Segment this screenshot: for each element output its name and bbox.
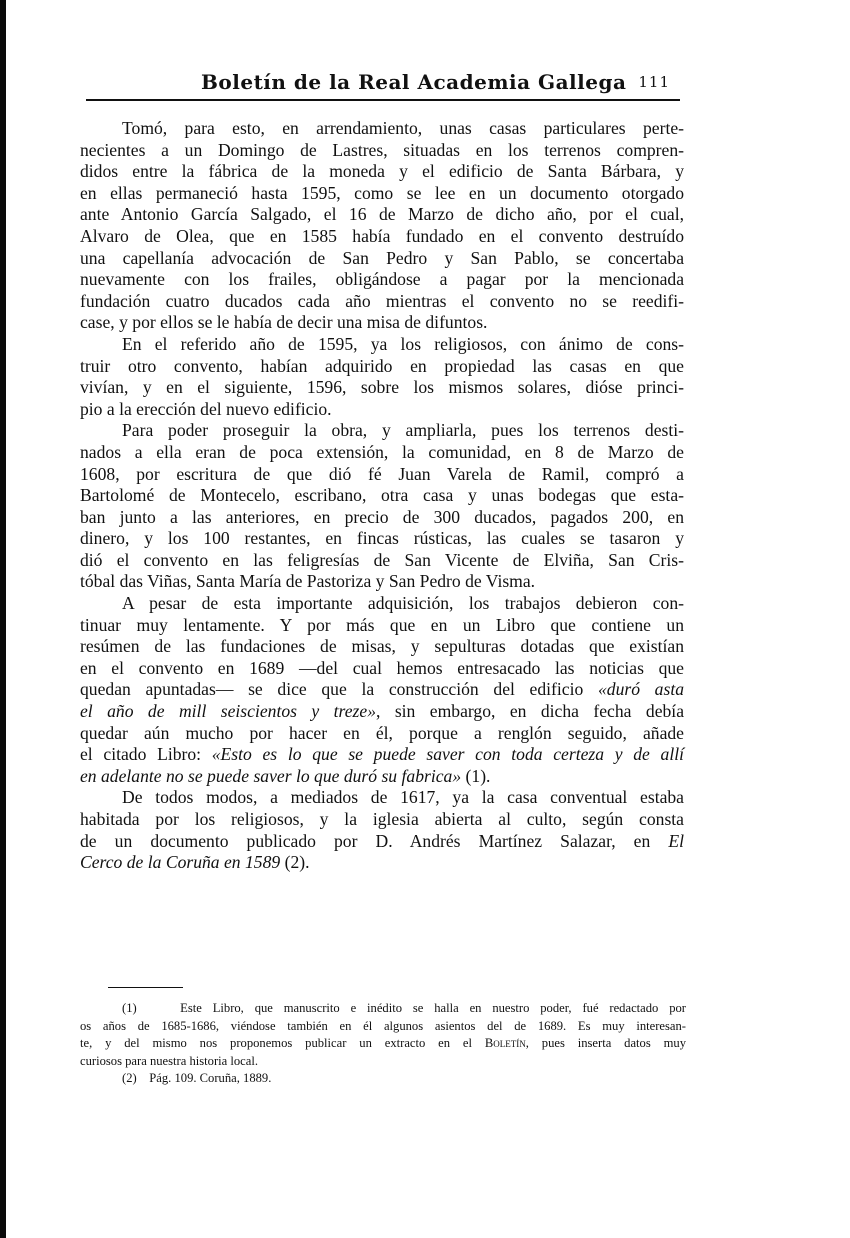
text-run: el citado Libro: bbox=[80, 744, 212, 764]
text-run: te, y del mismo nos proponemos publicar … bbox=[80, 1036, 485, 1050]
book-title-italic: El bbox=[668, 831, 684, 851]
journal-title: Boletín de la Real Academia Gallega bbox=[201, 70, 626, 94]
footnote-2: (2) Pág. 109. Coruña, 1889. bbox=[80, 1070, 686, 1088]
paragraph-5: De todos modos, a mediados de 1617, ya l… bbox=[80, 787, 684, 873]
text-run: quedan apuntadas— se dice que la constru… bbox=[80, 679, 598, 699]
text-line: didos entre la fábrica de la moneda y el… bbox=[80, 161, 684, 183]
text-line: tinuar muy lentamente. Y por más que en … bbox=[80, 615, 684, 637]
footnote-1: (1) Este Libro, que manuscrito e inédito… bbox=[80, 1000, 686, 1070]
paragraph-1: Tomó, para esto, en arrendamiento, unas … bbox=[80, 118, 684, 334]
text-line: 1608, por escritura de que dió fé Juan V… bbox=[80, 464, 684, 486]
text-line: de un documento publicado por D. Andrés … bbox=[80, 831, 684, 853]
paragraph-4: A pesar de esta importante adquisición, … bbox=[80, 593, 684, 787]
text-line: en ellas permaneció hasta 1595, como se … bbox=[80, 183, 684, 205]
text-line: fundación cuatro ducados cada año mientr… bbox=[80, 291, 684, 313]
text-line: De todos modos, a mediados de 1617, ya l… bbox=[80, 787, 684, 809]
paragraph-3: Para poder proseguir la obra, y ampliarl… bbox=[80, 420, 684, 593]
text-line: case, y por ellos se le había de decir u… bbox=[80, 312, 684, 334]
footnote-marker: (1) bbox=[122, 1001, 137, 1015]
text-line: habitada por los religiosos, y la iglesi… bbox=[80, 809, 684, 831]
body-text: Tomó, para esto, en arrendamiento, unas … bbox=[80, 118, 684, 874]
text-line: el citado Libro: «Esto es lo que se pued… bbox=[80, 744, 684, 766]
text-line: en el convento en 1689 —del cual hemos e… bbox=[80, 658, 684, 680]
text-line: os años de 1685-1686, viéndose también e… bbox=[80, 1018, 686, 1036]
text-line: en adelante no se puede saver lo que dur… bbox=[80, 766, 684, 788]
text-line: (1) Este Libro, que manuscrito e inédito… bbox=[80, 1000, 686, 1018]
text-line: curiosos para nuestra historia local. bbox=[80, 1053, 686, 1071]
quotation-italic: el año de mill seiscientos y treze» bbox=[80, 701, 376, 721]
quotation-italic: en adelante no se puede saver lo que dur… bbox=[80, 766, 461, 786]
footnote-ref-1: (1). bbox=[461, 766, 490, 786]
text-line: te, y del mismo nos proponemos publicar … bbox=[80, 1035, 686, 1053]
text-line: una capellanía advocación de San Pedro y… bbox=[80, 248, 684, 270]
text-run: Este Libro, que manuscrito e inédito se … bbox=[180, 1001, 686, 1015]
text-line: Alvaro de Olea, que en 1585 había fundad… bbox=[80, 226, 684, 248]
text-line: quedar aún mucho por hacer en él, porque… bbox=[80, 723, 684, 745]
journal-name-smallcaps: Boletín bbox=[485, 1036, 526, 1050]
footnote-marker: (2) bbox=[122, 1071, 137, 1085]
text-line: dinero, y los 100 restantes, en fincas r… bbox=[80, 528, 684, 550]
text-line: A pesar de esta importante adquisición, … bbox=[80, 593, 684, 615]
footnote-ref-2: (2). bbox=[280, 852, 309, 872]
footnote-separator bbox=[108, 987, 183, 988]
text-line: En el referido año de 1595, ya los relig… bbox=[80, 334, 684, 356]
text-line: resúmen de las fundaciones de misas, y s… bbox=[80, 636, 684, 658]
text-line: truir otro convento, habían adquirido en… bbox=[80, 356, 684, 378]
text-line: vivían, y en el siguiente, 1596, sobre l… bbox=[80, 377, 684, 399]
text-line: nuevamente con los frailes, obligándose … bbox=[80, 269, 684, 291]
text-line: dió el convento en las feligresías de Sa… bbox=[80, 550, 684, 572]
text-line: el año de mill seiscientos y treze», sin… bbox=[80, 701, 684, 723]
text-run: Pág. 109. Coruña, 1889. bbox=[149, 1071, 271, 1085]
text-line: Tomó, para esto, en arrendamiento, unas … bbox=[80, 118, 684, 140]
quotation-italic: «Esto es lo que se puede saver con toda … bbox=[212, 744, 684, 764]
text-line: tóbal das Viñas, Santa María de Pastoriz… bbox=[80, 571, 684, 593]
paragraph-2: En el referido año de 1595, ya los relig… bbox=[80, 334, 684, 420]
text-line: pio a la erección del nuevo edificio. bbox=[80, 399, 684, 421]
book-title-italic: Cerco de la Coruña en 1589 bbox=[80, 852, 280, 872]
text-run: , sin embargo, en dicha fecha debía bbox=[376, 701, 684, 721]
text-run: de un documento publicado por D. Andrés … bbox=[80, 831, 668, 851]
running-header: Boletín de la Real Academia Gallega 111 bbox=[86, 70, 680, 96]
quotation-italic: «duró asta bbox=[598, 679, 684, 699]
text-line: nados a ella eran de poca extensión, la … bbox=[80, 442, 684, 464]
text-line: (2) Pág. 109. Coruña, 1889. bbox=[80, 1070, 686, 1088]
text-line: Cerco de la Coruña en 1589 (2). bbox=[80, 852, 684, 874]
scan-edge-shadow bbox=[0, 0, 6, 1238]
page-number: 111 bbox=[638, 73, 670, 91]
text-run: , pues inserta datos muy bbox=[526, 1036, 686, 1050]
text-line: necientes a un Domingo de Lastres, situa… bbox=[80, 140, 684, 162]
text-line: Bartolomé de Montecelo, escribano, otra … bbox=[80, 485, 684, 507]
header-rule bbox=[86, 99, 680, 101]
text-line: Para poder proseguir la obra, y ampliarl… bbox=[80, 420, 684, 442]
text-line: ante Antonio García Salgado, el 16 de Ma… bbox=[80, 204, 684, 226]
text-line: ban junto a las anteriores, en precio de… bbox=[80, 507, 684, 529]
text-line: quedan apuntadas— se dice que la constru… bbox=[80, 679, 684, 701]
footnotes: (1) Este Libro, que manuscrito e inédito… bbox=[80, 1000, 686, 1088]
